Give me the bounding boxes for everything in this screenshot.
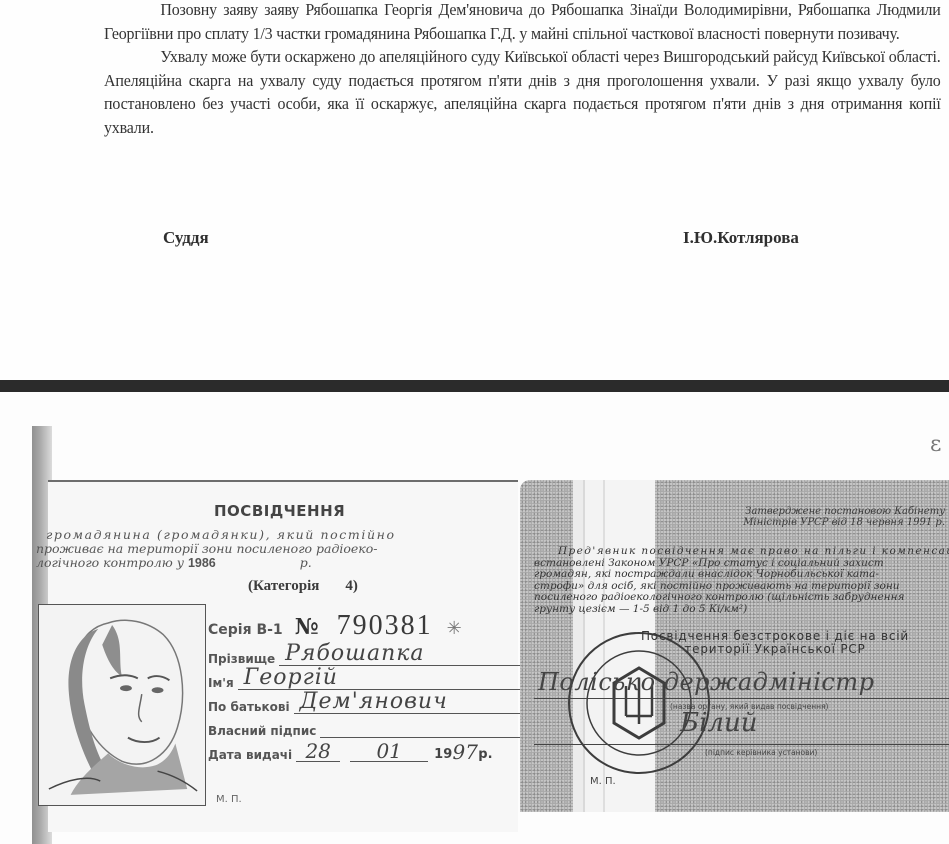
approval-line: Міністрів УРСР від 18 червня 1991 р. [685, 517, 945, 528]
contamination-year: 1986 [188, 556, 216, 570]
approval-note: Затверджене постановою Кабінету Міністрі… [685, 506, 945, 528]
own-signature-field: Власний підпис [208, 714, 528, 738]
series-label: Серія В-1 [208, 622, 283, 638]
certificate-scan: ε ПОСВІДЧЕННЯ громадянина (громадянки), … [0, 392, 949, 844]
court-ruling-page: Позовну заяву заяву Рябошапка Георгія Де… [0, 0, 949, 380]
issue-year-unit: р. [478, 747, 492, 762]
validity-note: Посвідчення безстрокове і діє на всій те… [600, 630, 949, 656]
head-signature-line [534, 744, 949, 745]
holder-rights-text: Пред'явник посвідчення має право на піль… [534, 546, 949, 615]
surname-field: Прізвище Рябошапка [208, 642, 528, 666]
holder-fields: Серія В-1 № 790381 ✳ Прізвище Рябошапка … [208, 610, 528, 762]
issue-year-suffix: 97 [452, 742, 478, 762]
category-label: (Категорія [248, 578, 319, 594]
judge-name: І.Ю.Котлярова [683, 228, 799, 248]
first-name-label: Ім'я [208, 676, 234, 690]
category-value: 4) [345, 578, 358, 594]
description-line: громадянина (громадянки), який постійно [36, 528, 486, 542]
issuer-signature-line [534, 698, 949, 699]
description-line: проживає на території зони посиленого ра… [36, 542, 486, 556]
certificate-left-page: ПОСВІДЧЕННЯ громадянина (громадянки), як… [48, 480, 518, 832]
own-signature-value [320, 716, 528, 738]
first-name-field: Ім'я Георгій [208, 666, 528, 690]
handwritten-corner-mark: ε [930, 432, 941, 457]
rights-line: грунту цезієм — 1-5 від 1 до 5 Кі/км²) [534, 604, 949, 616]
page-separator [0, 380, 949, 392]
certificate-title: ПОСВІДЧЕННЯ [214, 502, 345, 520]
surname-label: Прізвище [208, 652, 275, 666]
issuer-handwritten-name: Полісько держадміністр [538, 668, 874, 696]
approval-line: Затверджене постановою Кабінету [685, 506, 945, 517]
head-handwritten-signature: Білий [680, 708, 757, 738]
patronymic-field: По батькові Дем'янович [208, 690, 528, 714]
holder-photo [38, 604, 206, 806]
serial-number: 790381 [337, 610, 433, 642]
series-row: Серія В-1 № 790381 ✳ [208, 610, 528, 642]
issue-day: 28 [296, 741, 340, 762]
first-name-value: Георгій [238, 668, 528, 690]
patronymic-label: По батькові [208, 700, 290, 714]
own-signature-label: Власний підпис [208, 724, 316, 738]
issue-date-field: Дата видачі 28 01 19 97 р. [208, 738, 528, 762]
signature-role: Суддя [163, 228, 209, 248]
ruling-paragraph-appeal: Ухвалу може бути оскаржено до апеляційно… [104, 45, 941, 139]
rights-line: громадян, які постраждали внаслідок Чорн… [534, 569, 949, 581]
patronymic-value: Дем'янович [294, 692, 528, 714]
number-sign: № [295, 614, 319, 640]
issue-date-label: Дата видачі [208, 748, 292, 762]
ruling-body: Позовну заяву заяву Рябошапка Георгія Де… [104, 0, 941, 140]
ruling-paragraph-claim: Позовну заяву заяву Рябошапка Георгія Де… [104, 0, 941, 45]
rights-line: посиленого радіоекологічного контролю (щ… [534, 592, 949, 604]
rights-line: Пред'явник посвідчення має право на піль… [534, 546, 949, 558]
issue-month: 01 [350, 741, 428, 762]
head-caption: (підпис керівника установи) [705, 748, 817, 757]
validity-line: території Української РСР [600, 643, 949, 656]
issue-year-prefix: 19 [434, 747, 452, 762]
portrait-sketch-icon [39, 605, 205, 805]
surname-value: Рябошапка [279, 644, 528, 666]
stamp-place-left: М. П. [216, 794, 242, 805]
description-line: логічного контролю у 1986 р. [36, 556, 486, 570]
year-suffix: р. [300, 555, 312, 570]
certificate-description: громадянина (громадянки), який постійно … [36, 528, 486, 570]
description-line-text: логічного контролю у [36, 555, 184, 570]
certificate-right-page: Затверджене постановою Кабінету Міністрі… [520, 480, 949, 812]
star-ornament-icon: ✳ [447, 618, 462, 639]
category: (Категорія4) [248, 578, 358, 595]
stamp-place-right: М. П. [590, 776, 616, 787]
